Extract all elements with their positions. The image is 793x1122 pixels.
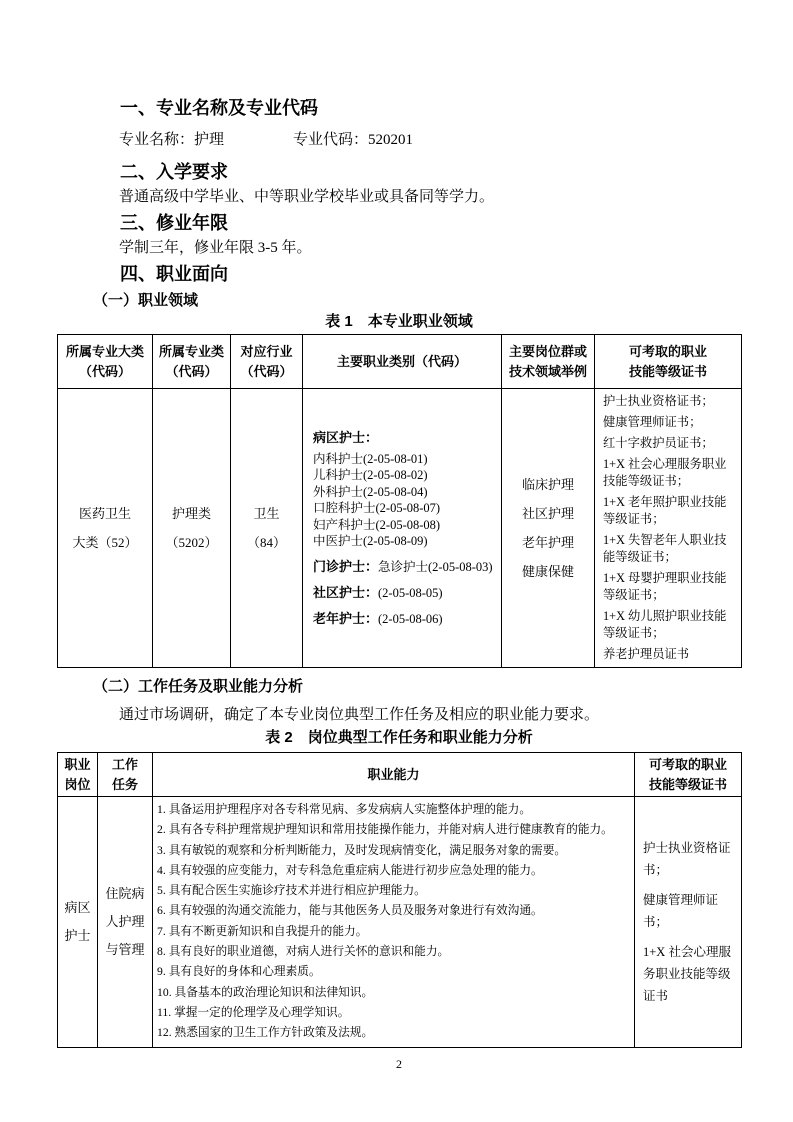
- header-line: 技术领域举例: [502, 362, 594, 382]
- certificate-item: 1+X 社会心理服务职业技能等级证书: [643, 941, 737, 1007]
- cell-line: 大类（52）: [58, 528, 152, 557]
- community-nurse-title: 社区护士：: [313, 585, 378, 600]
- certificate-item: 养老护理员证书: [603, 646, 737, 663]
- certificate-item: 1+X 老年照护职业技能等级证书；: [603, 494, 737, 528]
- header-line: （代码）: [231, 362, 302, 382]
- table2-cell-certificates: 护士执业资格证书；健康管理师证书；1+X 社会心理服务职业技能等级证书: [635, 797, 742, 1048]
- table1-cell-certificates: 护士执业资格证书；健康管理师证书；红十字救护员证书；1+X 社会心理服务职业技能…: [595, 389, 742, 668]
- post-group-item: 健康保健: [502, 557, 594, 586]
- cell-line: 住院病: [98, 880, 152, 908]
- cell-line: 护士: [58, 922, 97, 950]
- page-number: 2: [57, 1057, 741, 1072]
- ability-item: 3. 具有敏锐的观察和分析判断能力，及时发现病情变化，满足服务对象的需要。: [157, 841, 630, 861]
- ward-nurse-group: 病区护士：: [313, 429, 497, 447]
- ability-item: 10. 具备基本的政治理论知识和法律知识。: [157, 983, 630, 1003]
- table1-cell-major-category: 医药卫生大类（52）: [58, 389, 153, 668]
- ability-item: 9. 具有良好的身体和心理素质。: [157, 962, 630, 982]
- header-line: 岗位: [58, 775, 97, 795]
- entry-requirement-paragraph: 普通高级中学毕业、中等职业学校毕业或具备同等学力。: [89, 186, 741, 209]
- community-nurse-group: 社区护士：(2-05-08-05): [313, 584, 497, 602]
- post-group-item: 社区护理: [502, 499, 594, 528]
- table2-cell-abilities: 1. 具备运用护理程序对各专科常见病、多发病病人实施整体护理的能力。2. 具有各…: [153, 797, 635, 1048]
- elderly-nurse-group: 老年护士：(2-05-08-06): [313, 610, 497, 628]
- ability-item: 1. 具备运用护理程序对各专科常见病、多发病病人实施整体护理的能力。: [157, 800, 630, 820]
- header-line: 主要岗位群或: [502, 342, 594, 362]
- ability-item: 8. 具有良好的职业道德，对病人进行关怀的意识和能力。: [157, 942, 630, 962]
- certificate-item: 1+X 幼儿照护职业技能等级证书；: [603, 608, 737, 642]
- header-line: （代码）: [153, 362, 230, 382]
- table2-cell-post: 病区护士: [58, 797, 98, 1048]
- header-line: 技能等级证书: [595, 362, 741, 382]
- table2-caption: 表 2 岗位典型工作任务和职业能力分析: [57, 727, 741, 748]
- table1-header-post-group: 主要岗位群或技术领域举例: [502, 335, 595, 389]
- elderly-nurse-text: (2-05-08-06): [378, 612, 443, 626]
- table2-cell-task: 住院病人护理与管理: [98, 797, 153, 1048]
- table1-header-certificates: 可考取的职业技能等级证书: [595, 335, 742, 389]
- ward-nurse-list: 内科护士(2-05-08-01)儿科护士(2-05-08-02)外科护士(2-0…: [313, 451, 497, 550]
- table2-header-task: 工作任务: [98, 753, 153, 797]
- header-line: 任务: [98, 775, 152, 795]
- table-occupation-field: 所属专业大类（代码） 所属专业类（代码） 对应行业（代码） 主要职业类别（代码）…: [57, 334, 742, 668]
- certificate-item: 护士执业资格证书；: [603, 393, 737, 410]
- certificate-item: 健康管理师证书；: [603, 414, 737, 431]
- cell-line: 病区: [58, 894, 97, 922]
- outpatient-nurse-group: 门诊护士：急诊护士(2-05-08-03): [313, 558, 497, 576]
- ability-item: 7. 具有不断更新知识和自我提升的能力。: [157, 922, 630, 942]
- table-task-ability-analysis: 职业岗位 工作任务 职业能力 可考取的职业技能等级证书 病区护士 住院病人护理与…: [57, 752, 742, 1048]
- ability-item: 5. 具有配合医生实施诊疗技术并进行相应护理能力。: [157, 881, 630, 901]
- heading-section-1: 一、专业名称及专业代码: [120, 96, 741, 120]
- header-line: 工作: [98, 755, 152, 775]
- major-code-label: 专业代码：520201: [293, 132, 413, 148]
- post-group-item: 老年护理: [502, 528, 594, 557]
- ability-item: 12. 熟悉国家的卫生工作方针政策及法规。: [157, 1023, 630, 1043]
- certificate-item: 护士执业资格证书；: [643, 837, 737, 881]
- major-name-label: 专业名称：护理: [119, 132, 224, 148]
- header-line: 技能等级证书: [635, 775, 741, 795]
- cell-line: 与管理: [98, 936, 152, 964]
- subheading-task-ability-analysis: （二）工作任务及职业能力分析: [93, 676, 741, 697]
- header-line: 所属专业大类: [58, 342, 152, 362]
- table2-header-post: 职业岗位: [58, 753, 98, 797]
- table1-header-major-category: 所属专业大类（代码）: [58, 335, 153, 389]
- document-page: 一、专业名称及专业代码 专业名称：护理专业代码：520201 二、入学要求 普通…: [0, 0, 793, 1122]
- certificate-item: 红十字救护员证书；: [603, 435, 737, 452]
- heading-section-2: 二、入学要求: [120, 160, 741, 184]
- table1-header-occupation-category: 主要职业类别（代码）: [303, 335, 502, 389]
- cell-line: 卫生: [231, 499, 302, 528]
- certificate-item: 1+X 失智老年人职业技能等级证书；: [603, 532, 737, 566]
- study-length-paragraph: 学制三年，修业年限 3-5 年。: [89, 237, 741, 260]
- heading-section-4: 四、职业面向: [120, 262, 741, 286]
- outpatient-nurse-text: 急诊护士(2-05-08-03): [378, 560, 493, 574]
- elderly-nurse-title: 老年护士：: [313, 611, 378, 626]
- ward-nurse-title: 病区护士：: [313, 430, 378, 445]
- cell-line: 护理类: [153, 499, 230, 528]
- certificate-item: 1+X 社会心理服务职业技能等级证书；: [603, 456, 737, 490]
- occupation-item: 妇产科护士(2-05-08-08): [313, 517, 497, 534]
- certificate-item: 健康管理师证书；: [643, 889, 737, 933]
- community-nurse-text: (2-05-08-05): [378, 586, 443, 600]
- occupation-item: 外科护士(2-05-08-04): [313, 484, 497, 501]
- subheading-occupation-field: （一）职业领域: [93, 290, 741, 311]
- outpatient-nurse-title: 门诊护士：: [313, 559, 378, 574]
- cell-line: （84）: [231, 528, 302, 557]
- occupation-item: 儿科护士(2-05-08-02): [313, 467, 497, 484]
- table1-caption: 表 1 本专业职业领域: [57, 311, 741, 332]
- table1-cell-post-groups: 临床护理社区护理老年护理健康保健: [502, 389, 595, 668]
- table1-header-industry: 对应行业（代码）: [231, 335, 303, 389]
- header-line: 主要职业类别（代码）: [303, 352, 501, 372]
- cell-line: 人护理: [98, 908, 152, 936]
- header-line: 职业能力: [153, 765, 634, 785]
- cell-line: 医药卫生: [58, 499, 152, 528]
- cell-line: （5202）: [153, 528, 230, 557]
- major-name-code-line: 专业名称：护理专业代码：520201: [89, 129, 741, 152]
- survey-paragraph: 通过市场调研，确定了本专业岗位典型工作任务及相应的职业能力要求。: [89, 704, 741, 727]
- ability-item: 11. 掌握一定的伦理学及心理学知识。: [157, 1003, 630, 1023]
- header-line: 可考取的职业: [635, 755, 741, 775]
- table2-header-certificates: 可考取的职业技能等级证书: [635, 753, 742, 797]
- header-line: 对应行业: [231, 342, 302, 362]
- table1-cell-major-class: 护理类（5202）: [153, 389, 231, 668]
- table1-data-row: 医药卫生大类（52） 护理类（5202） 卫生（84） 病区护士： 内科护士(2…: [58, 389, 742, 668]
- table2-data-row: 病区护士 住院病人护理与管理 1. 具备运用护理程序对各专科常见病、多发病病人实…: [58, 797, 742, 1048]
- occupation-item: 口腔科护士(2-05-08-07): [313, 500, 497, 517]
- ability-item: 6. 具有较强的沟通交流能力，能与其他医务人员及服务对象进行有效沟通。: [157, 901, 630, 921]
- post-group-item: 临床护理: [502, 470, 594, 499]
- header-line: 可考取的职业: [595, 342, 741, 362]
- table1-cell-occupations: 病区护士： 内科护士(2-05-08-01)儿科护士(2-05-08-02)外科…: [303, 389, 502, 668]
- header-line: 职业: [58, 755, 97, 775]
- certificate-item: 1+X 母婴护理职业技能等级证书；: [603, 570, 737, 604]
- ability-item: 4. 具有较强的应变能力，对专科急危重症病人能进行初步应急处理的能力。: [157, 861, 630, 881]
- header-line: 所属专业类: [153, 342, 230, 362]
- table2-header-ability: 职业能力: [153, 753, 635, 797]
- table1-cell-industry: 卫生（84）: [231, 389, 303, 668]
- occupation-item: 中医护士(2-05-08-09): [313, 533, 497, 550]
- heading-section-3: 三、修业年限: [120, 211, 741, 235]
- header-line: （代码）: [58, 362, 152, 382]
- table1-header-major-class: 所属专业类（代码）: [153, 335, 231, 389]
- table1-header-row: 所属专业大类（代码） 所属专业类（代码） 对应行业（代码） 主要职业类别（代码）…: [58, 335, 742, 389]
- ability-item: 2. 具有各专科护理常规护理知识和常用技能操作能力，并能对病人进行健康教育的能力…: [157, 820, 630, 840]
- table2-header-row: 职业岗位 工作任务 职业能力 可考取的职业技能等级证书: [58, 753, 742, 797]
- occupation-item: 内科护士(2-05-08-01): [313, 451, 497, 468]
